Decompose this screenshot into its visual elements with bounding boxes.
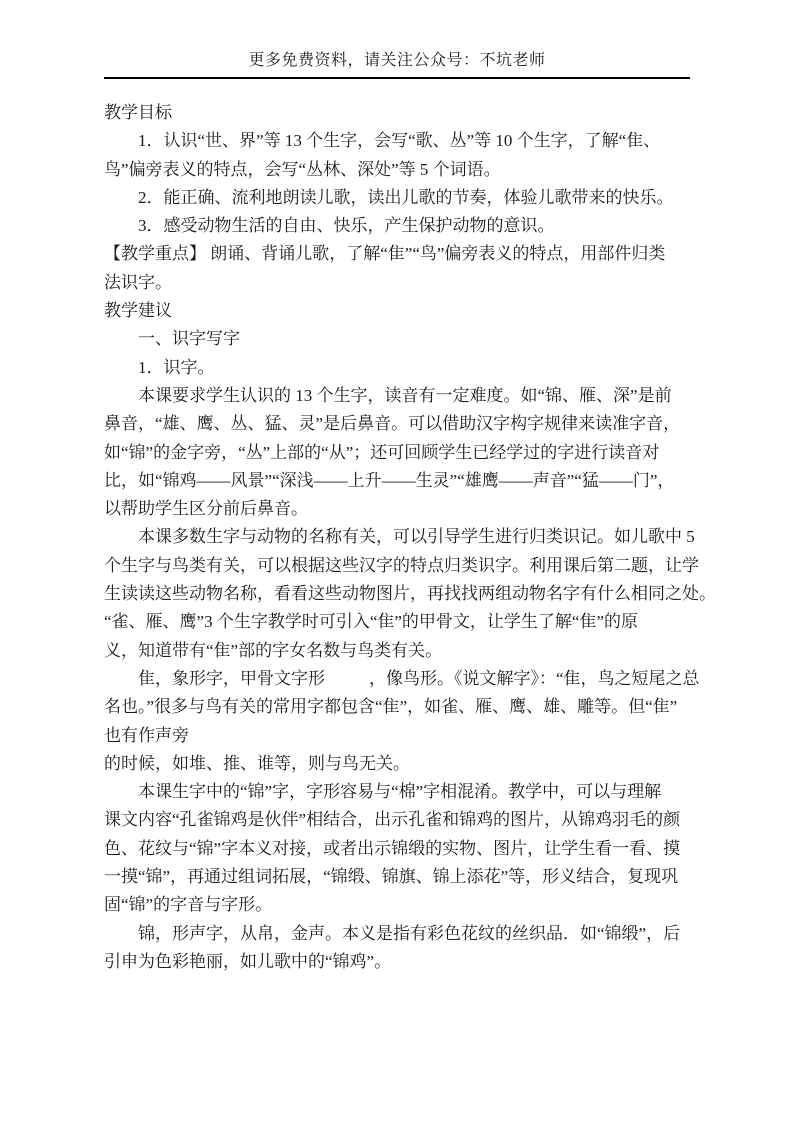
text-line: 本课要求学生认识的 13 个生字，读音有一定难度。如“锦、雁、深”是前 bbox=[104, 382, 724, 410]
document-body: 教学目标 1．认识“世、界”等 13 个生字，会写“歌、丛”等 10 个生字，了… bbox=[104, 99, 724, 976]
text-line: 法识字。 bbox=[104, 269, 724, 297]
text-line: 3．感受动物生活的自由、快乐，产生保护动物的意识。 bbox=[104, 212, 724, 240]
text-line: 固“锦”的字音与字形。 bbox=[104, 891, 724, 919]
text-line: 以帮助学生区分前后鼻音。 bbox=[104, 495, 724, 523]
text-line: 名也。”很多与鸟有关的常用字都包含“隹”，如雀、雁、鹰、雄、雕等。但“隹” bbox=[104, 693, 724, 721]
text-line: 义，知道带有“隹”部的字女名数与鸟类有关。 bbox=[104, 637, 724, 665]
text-line: 的时候，如堆、推、谁等，则与鸟无关。 bbox=[104, 750, 724, 778]
text-line: 本课生字中的“锦”字，字形容易与“棉”字相混淆。教学中，可以与理解 bbox=[104, 778, 724, 806]
text-line: 本课多数生字与动物的名称有关，可以引导学生进行归类识记。如儿歌中 5 bbox=[104, 523, 724, 551]
text-line: 生读读这些动物名称，看看这些动物图片，再找找两组动物名字有什么相同之处。 bbox=[104, 580, 724, 608]
header-divider bbox=[104, 77, 690, 79]
oracle-script-placeholder bbox=[325, 683, 369, 684]
subsection-literacy: 1．识字。 bbox=[104, 354, 724, 382]
text-line: 1．认识“世、界”等 13 个生字，会写“歌、丛”等 10 个生字，了解“隹、 bbox=[104, 127, 724, 155]
text-line: 鸟”偏旁表义的特点，会写“丛林、深处”等 5 个词语。 bbox=[104, 156, 724, 184]
text-line: 比，如“锦鸡——风景”“深浅——上升——生灵”“雄鹰——声音”“猛——门”， bbox=[104, 467, 724, 495]
text-line: 引申为色彩艳丽，如儿歌中的“锦鸡”。 bbox=[104, 948, 724, 976]
header-notice: 更多免费资料，请关注公众号：不坑老师 bbox=[104, 50, 690, 72]
text-line: 锦，形声字，从帛，金声。本义是指有彩色花纹的丝织品．如“锦缎”，后 bbox=[104, 920, 724, 948]
teaching-key-points-line: 【教学重点】 朗诵、背诵儿歌，了解“隹”“鸟”偏旁表义的特点，用部件归类 bbox=[104, 240, 724, 268]
text-line-with-oracle-glyph: 隹，象形字，甲骨文字形，像鸟形。《说文解字》：“隹，鸟之短尾之总 bbox=[104, 665, 724, 693]
text-line: 鼻音，“雄、鹰、丛、猛、灵”是后鼻音。可以借助汉字构字规律来读准字音， bbox=[104, 410, 724, 438]
heading-teaching-objectives: 教学目标 bbox=[104, 99, 724, 127]
text-line: 个生字与鸟类有关，可以根据这些汉字的特点归类识字。利用课后第二题，让学 bbox=[104, 552, 724, 580]
text-segment: ，像鸟形。《说文解字》：“隹，鸟之短尾之总 bbox=[369, 669, 700, 688]
text-line: “雀、雁、鹰”3 个生字教学时可引入“隹”的甲骨文，让学生了解“隹”的原 bbox=[104, 608, 724, 636]
text-line: 也有作声旁 bbox=[104, 722, 724, 750]
text-line: 一摸“锦”，再通过组词拓展，“锦缎、锦旗、锦上添花”等，形义结合，复现巩 bbox=[104, 863, 724, 891]
text-line: 课文内容“孔雀锦鸡是伙伴”相结合，出示孔雀和锦鸡的图片，从锦鸡羽毛的颜 bbox=[104, 806, 724, 834]
section-literacy-writing: 一、识字写字 bbox=[104, 325, 724, 353]
text-line: 如“锦”的金字旁，“丛”上部的“从”；还可回顾学生已经学过的字进行读音对 bbox=[104, 439, 724, 467]
text-line: 色、花纹与“锦”字本义对接，或者出示锦缎的实物、图片，让学生看一看、摸 bbox=[104, 835, 724, 863]
text-segment: 隹，象形字，甲骨文字形 bbox=[138, 669, 325, 688]
heading-teaching-suggestions: 教学建议 bbox=[104, 297, 724, 325]
page-header: 更多免费资料，请关注公众号：不坑老师 bbox=[104, 50, 690, 79]
document-page: 更多免费资料，请关注公众号：不坑老师 教学目标 1．认识“世、界”等 13 个生… bbox=[0, 0, 793, 1122]
text-line: 2．能正确、流利地朗读儿歌，读出儿歌的节奏，体验儿歌带来的快乐。 bbox=[104, 184, 724, 212]
